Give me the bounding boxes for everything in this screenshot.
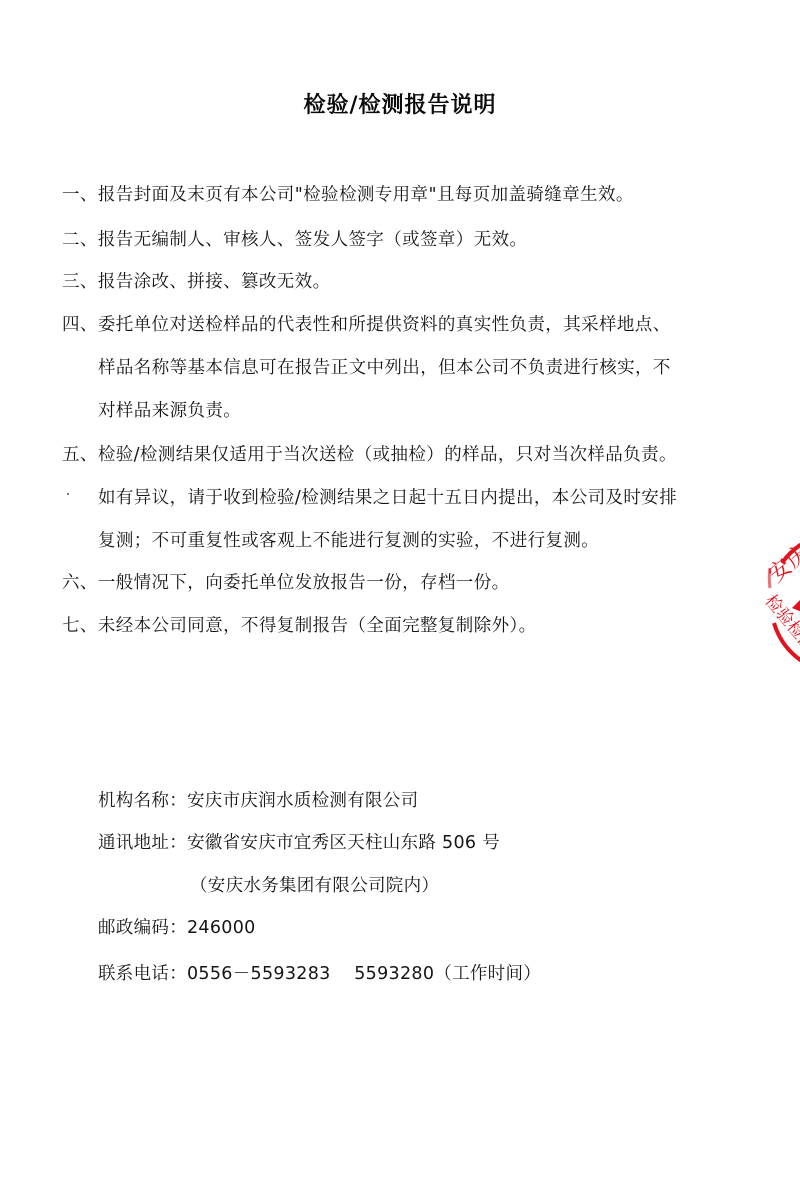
official-seal-stamp: 安庆 检验检测专用章 <box>762 528 800 678</box>
postcode-label: 邮政编码： <box>98 918 187 938</box>
clause-3: 三、报告涂改、拼接、篡改无效。 <box>62 268 331 293</box>
report-title: 检验/检测报告说明 <box>0 88 800 119</box>
clause-1: 一、报告封面及末页有本公司"检验检测专用章"且每页加盖骑缝章生效。 <box>62 181 634 206</box>
phone-row: 联系电话：0556－5593283 5593280（工作时间） <box>98 960 541 985</box>
clause-number: 六、 <box>62 569 98 594</box>
org-name-row: 机构名称：安庆市庆润水质检测有限公司 <box>98 787 418 812</box>
clause-6: 六、一般情况下，向委托单位发放报告一份，存档一份。 <box>62 569 510 594</box>
clause-text: 一般情况下，向委托单位发放报告一份，存档一份。 <box>98 573 510 593</box>
clause-text: 报告无编制人、审核人、签发人签字（或签章）无效。 <box>98 230 528 250</box>
postcode-value: 246000 <box>187 918 256 938</box>
clause-4-line-2: 样品名称等基本信息可在报告正文中列出，但本公司不负责进行核实，不 <box>98 354 671 379</box>
phone-value: 0556－5593283 5593280（工作时间） <box>187 964 541 984</box>
scan-speck <box>67 493 69 495</box>
clause-number: 三、 <box>62 268 98 293</box>
clause-text: 检验/检测结果仅适用于当次送检（或抽检）的样品，只对当次样品负责。 <box>98 445 677 465</box>
clause-5-line-3: 复测；不可重复性或客观上不能进行复测的实验，不进行复测。 <box>98 527 599 552</box>
clause-text: 委托单位对送检样品的代表性和所提供资料的真实性负责，其采样地点、 <box>98 315 671 335</box>
clause-text: 报告封面及末页有本公司"检验检测专用章"且每页加盖骑缝章生效。 <box>98 185 634 205</box>
clause-number: 一、 <box>62 181 98 206</box>
clause-4: 四、委托单位对送检样品的代表性和所提供资料的真实性负责，其采样地点、 <box>62 311 671 336</box>
clause-2: 二、报告无编制人、审核人、签发人签字（或签章）无效。 <box>62 226 527 251</box>
clause-number: 四、 <box>62 311 98 336</box>
clause-number: 五、 <box>62 441 98 466</box>
seal-bottom-text: 检验检测专用章 <box>762 591 800 678</box>
address-note: （安庆水务集团有限公司院内） <box>190 872 439 897</box>
clause-number: 二、 <box>62 226 98 251</box>
phone-label: 联系电话： <box>98 964 187 984</box>
clause-5: 五、检验/检测结果仅适用于当次送检（或抽检）的样品，只对当次样品负责。 <box>62 441 677 466</box>
address-value: 安徽省安庆市宜秀区天柱山东路 506 号 <box>187 833 500 853</box>
clause-number: 七、 <box>62 612 98 637</box>
postcode-row: 邮政编码：246000 <box>98 914 256 939</box>
org-name-value: 安庆市庆润水质检测有限公司 <box>187 791 418 811</box>
address-label: 通讯地址： <box>98 833 187 853</box>
clause-5-line-2: 如有异议，请于收到检验/检测结果之日起十五日内提出，本公司及时安排 <box>98 484 677 509</box>
org-name-label: 机构名称： <box>98 791 187 811</box>
clause-7: 七、未经本公司同意，不得复制报告（全面完整复制除外）。 <box>62 612 537 637</box>
clause-text: 报告涂改、拼接、篡改无效。 <box>98 272 331 292</box>
clause-text: 未经本公司同意，不得复制报告（全面完整复制除外）。 <box>98 616 537 636</box>
address-row: 通讯地址：安徽省安庆市宜秀区天柱山东路 506 号 <box>98 829 500 854</box>
clause-4-line-3: 对样品来源负责。 <box>98 397 241 422</box>
